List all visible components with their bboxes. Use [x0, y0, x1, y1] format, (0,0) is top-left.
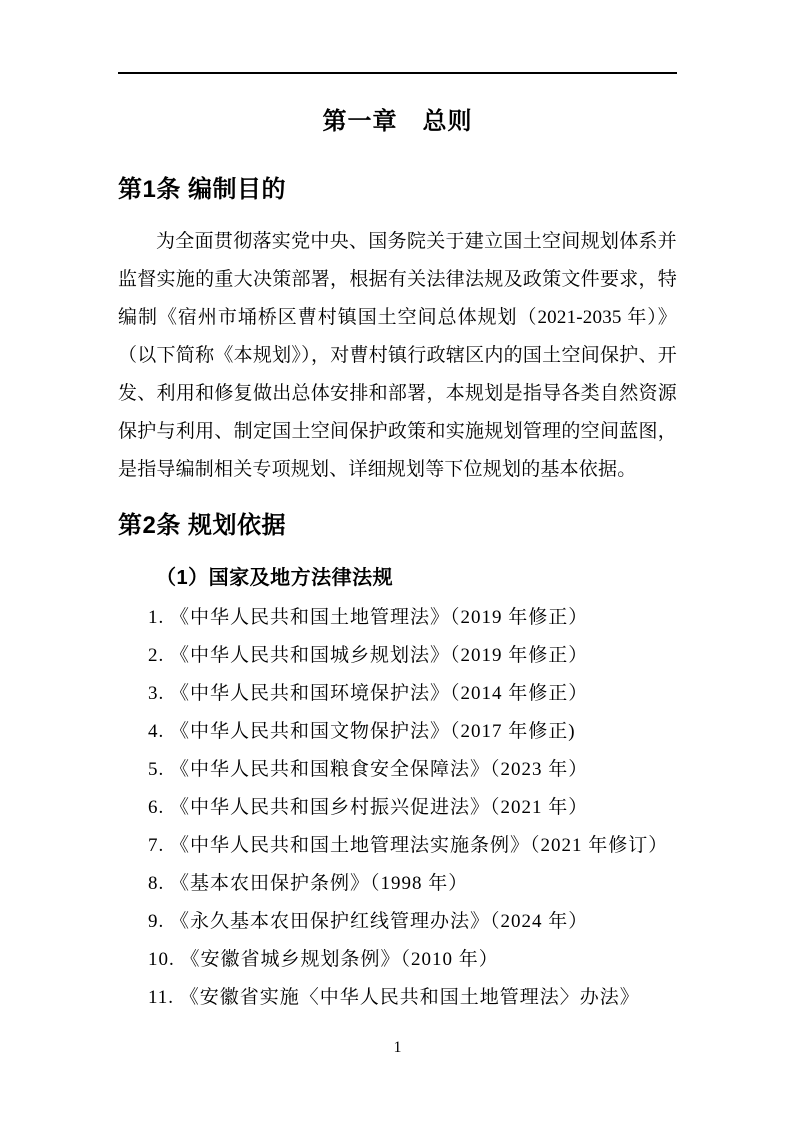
- header-rule: [118, 72, 677, 74]
- article-1-body: 为全面贯彻落实党中央、国务院关于建立国土空间规划体系并监督实施的重大决策部署，根…: [118, 223, 677, 489]
- law-list-item: 1. 《中华人民共和国土地管理法》（2019 年修正）: [118, 599, 677, 637]
- law-list-item: 6. 《中华人民共和国乡村振兴促进法》（2021 年）: [118, 789, 677, 827]
- law-list-item: 10. 《安徽省城乡规划条例》（2010 年）: [118, 941, 677, 979]
- article-1-heading: 第1条 编制目的: [118, 175, 677, 205]
- law-list-item: 9. 《永久基本农田保护红线管理办法》（2024 年）: [118, 903, 677, 941]
- page-number: 1: [118, 1038, 677, 1058]
- law-list-item: 8. 《基本农田保护条例》（1998 年）: [118, 865, 677, 903]
- law-list-item: 7. 《中华人民共和国土地管理法实施条例》（2021 年修订）: [118, 827, 677, 865]
- law-list: 1. 《中华人民共和国土地管理法》（2019 年修正） 2. 《中华人民共和国城…: [118, 599, 677, 1017]
- law-list-item: 5. 《中华人民共和国粮食安全保障法》（2023 年）: [118, 751, 677, 789]
- law-list-item: 2. 《中华人民共和国城乡规划法》（2019 年修正）: [118, 637, 677, 675]
- document-page: 第一章 总则 第1条 编制目的 为全面贯彻落实党中央、国务院关于建立国土空间规划…: [0, 0, 794, 1123]
- law-list-item: 4. 《中华人民共和国文物保护法》（2017 年修正): [118, 713, 677, 751]
- law-list-item: 3. 《中华人民共和国环境保护法》（2014 年修正）: [118, 675, 677, 713]
- chapter-title: 第一章 总则: [118, 107, 677, 137]
- page-content: 第一章 总则 第1条 编制目的 为全面贯彻落实党中央、国务院关于建立国土空间规划…: [118, 0, 677, 1017]
- article-2-subheading: （1）国家及地方法律法规: [118, 565, 677, 591]
- law-list-item: 11. 《安徽省实施〈中华人民共和国土地管理法〉办法》: [118, 979, 677, 1017]
- article-2-heading: 第2条 规划依据: [118, 511, 677, 541]
